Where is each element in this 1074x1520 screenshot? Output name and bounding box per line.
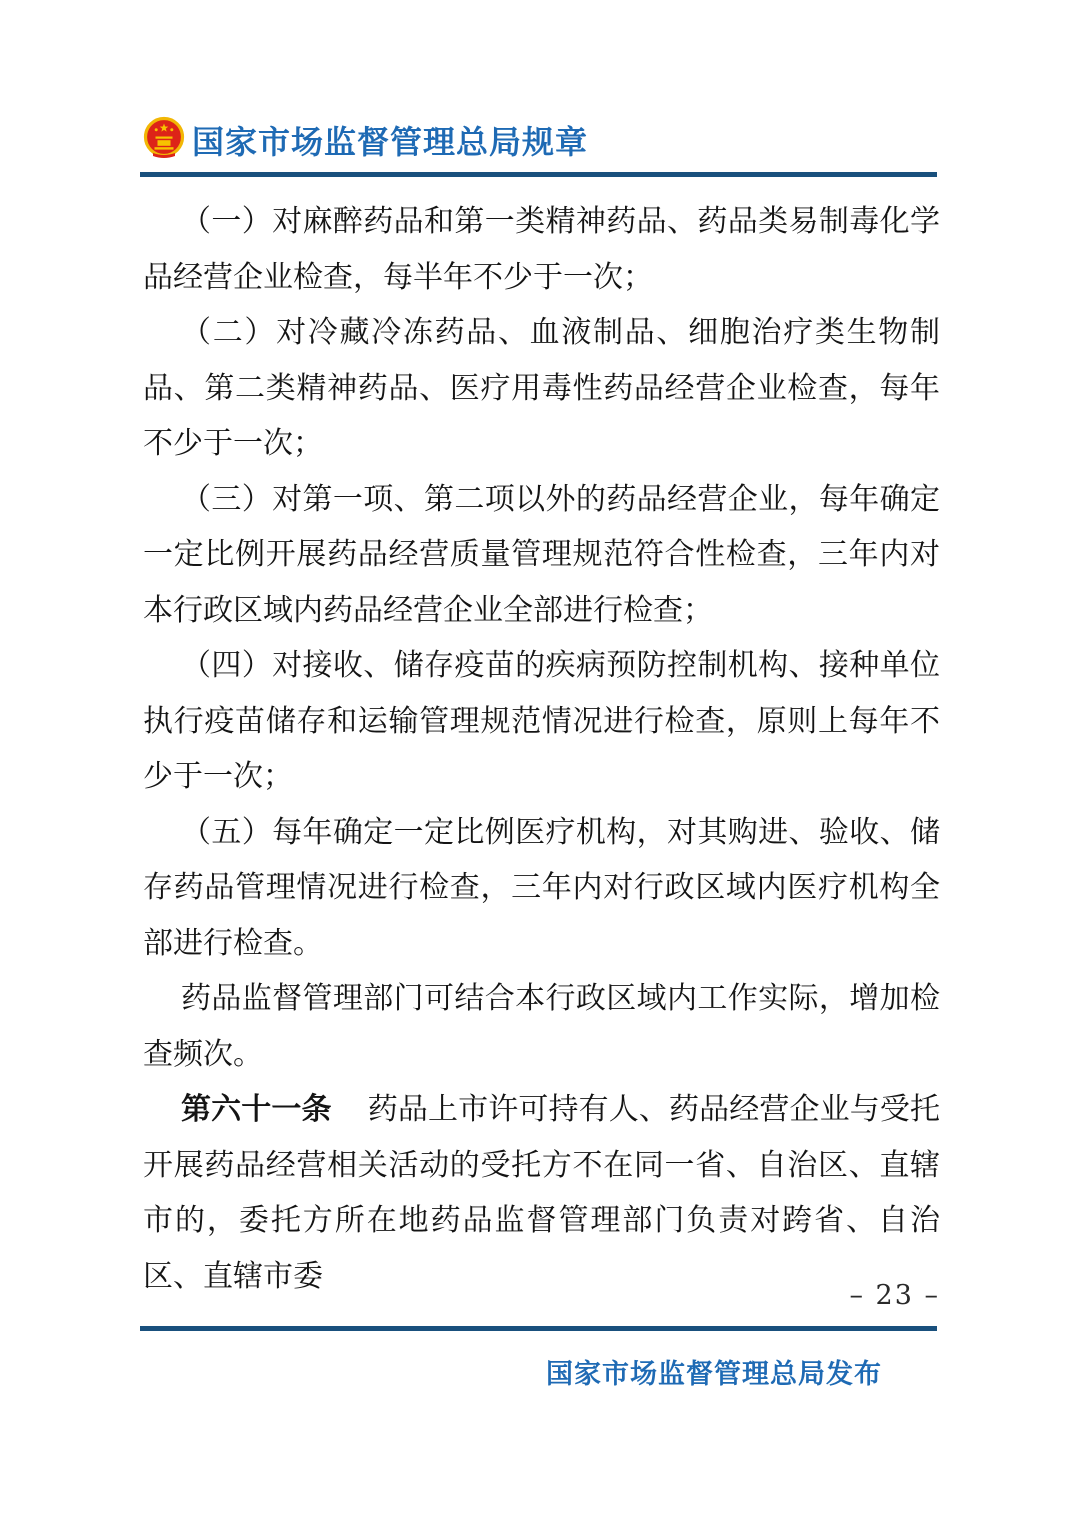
body-paragraph-frequency: 药品监督管理部门可结合本行政区域内工作实际，增加检查频次。	[143, 971, 940, 1082]
page-number: – 23 –	[143, 1280, 940, 1311]
body-paragraph-item-4: （四）对接收、储存疫苗的疾病预防控制机构、接种单位执行疫苗储存和运输管理规范情况…	[143, 638, 940, 805]
article-number: 第六十一条	[181, 1092, 332, 1127]
publisher-label: 国家市场监督管理总局发布	[143, 1352, 940, 1391]
china-national-emblem-icon	[143, 115, 185, 165]
page-header: 国家市场监督管理总局规章	[143, 114, 588, 166]
body-paragraph-item-5: （五）每年确定一定比例医疗机构，对其购进、验收、储存药品管理情况进行检查，三年内…	[143, 805, 940, 972]
header-rule	[140, 172, 937, 177]
body-paragraph-item-2: （二）对冷藏冷冻药品、血液制品、细胞治疗类生物制品、第二类精神药品、医疗用毒性药…	[143, 305, 940, 472]
document-page: 国家市场监督管理总局规章 （一）对麻醉药品和第一类精神药品、药品类易制毒化学品经…	[0, 0, 1074, 1520]
body-paragraph-item-1: （一）对麻醉药品和第一类精神药品、药品类易制毒化学品经营企业检查，每半年不少于一…	[143, 194, 940, 305]
document-body: （一）对麻醉药品和第一类精神药品、药品类易制毒化学品经营企业检查，每半年不少于一…	[143, 194, 940, 1304]
body-paragraph-article-61: 第六十一条药品上市许可持有人、药品经营企业与受托开展药品经营相关活动的受托方不在…	[143, 1082, 940, 1304]
footer-rule	[140, 1326, 937, 1331]
body-paragraph-item-3: （三）对第一项、第二项以外的药品经营企业，每年确定一定比例开展药品经营质量管理规…	[143, 472, 940, 639]
page-title: 国家市场监督管理总局规章	[192, 117, 588, 163]
